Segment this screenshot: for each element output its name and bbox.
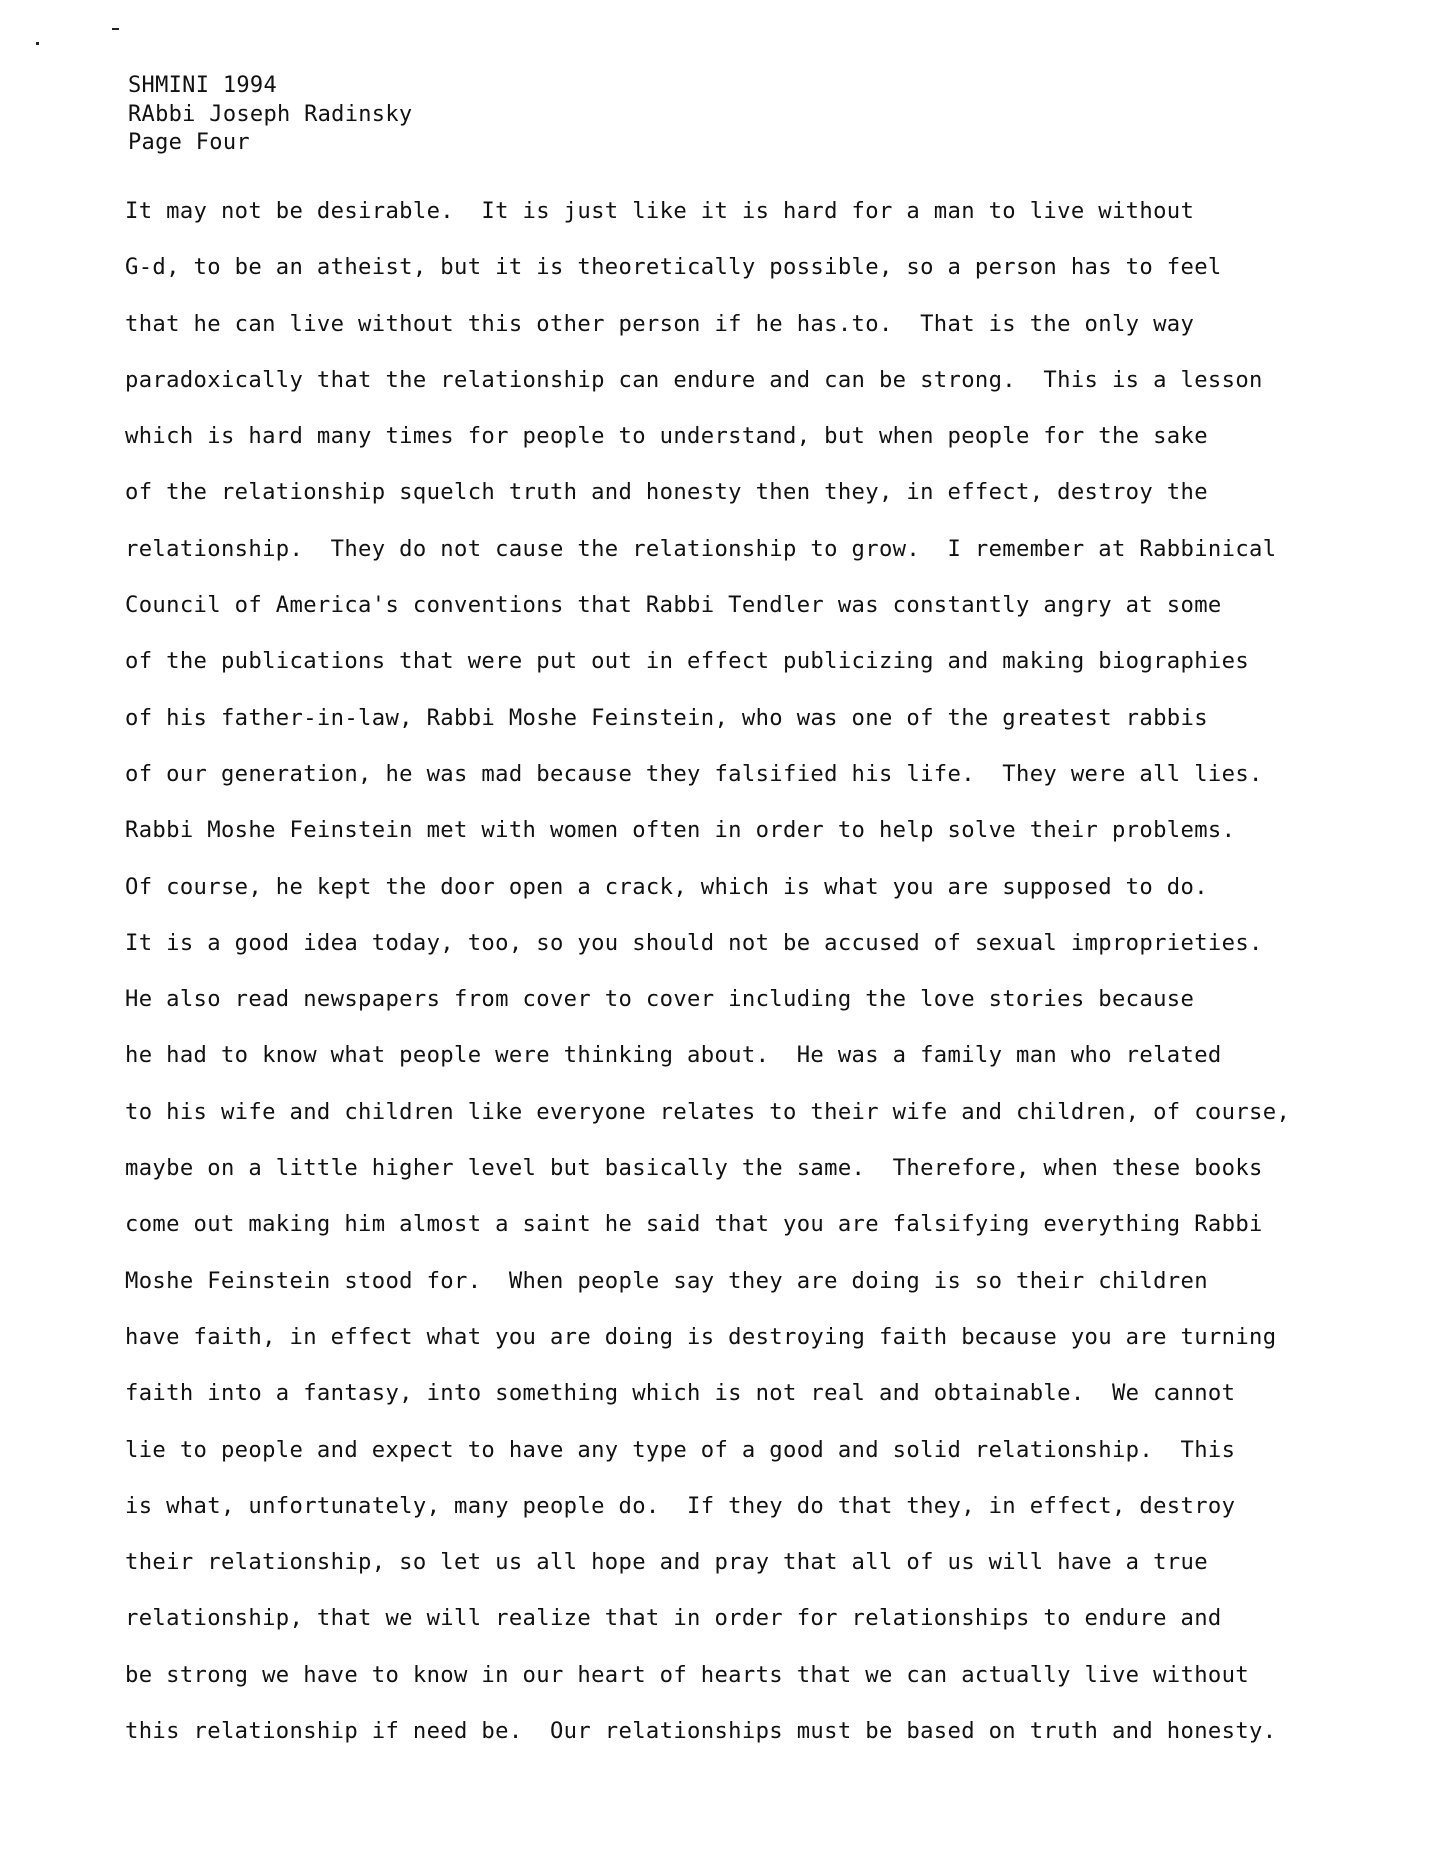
text-line: maybe on a little higher level but basic… bbox=[125, 1140, 1305, 1196]
text-line: he had to know what people were thinking… bbox=[125, 1027, 1305, 1083]
text-line: Council of America's conventions that Ra… bbox=[125, 577, 1305, 633]
text-line: It may not be desirable. It is just like… bbox=[125, 183, 1305, 239]
text-line: be strong we have to know in our heart o… bbox=[125, 1647, 1305, 1703]
text-line: is what, unfortunately, many people do. … bbox=[125, 1478, 1305, 1534]
document-body: It may not be desirable. It is just like… bbox=[125, 183, 1305, 1759]
text-line: of our generation, he was mad because th… bbox=[125, 746, 1305, 802]
document-title: SHMINI 1994 bbox=[128, 72, 412, 101]
text-line: relationship, that we will realize that … bbox=[125, 1590, 1305, 1646]
text-line: of the publications that were put out in… bbox=[125, 633, 1305, 689]
text-line: have faith, in effect what you are doing… bbox=[125, 1309, 1305, 1365]
text-line: It is a good idea today, too, so you sho… bbox=[125, 915, 1305, 971]
text-line: Rabbi Moshe Feinstein met with women oft… bbox=[125, 802, 1305, 858]
text-line: their relationship, so let us all hope a… bbox=[125, 1534, 1305, 1590]
text-line: He also read newspapers from cover to co… bbox=[125, 971, 1305, 1027]
text-line: paradoxically that the relationship can … bbox=[125, 352, 1305, 408]
document-header: SHMINI 1994 RAbbi Joseph Radinsky Page F… bbox=[128, 72, 412, 158]
text-line: of the relationship squelch truth and ho… bbox=[125, 464, 1305, 520]
text-line: faith into a fantasy, into something whi… bbox=[125, 1365, 1305, 1421]
text-line: lie to people and expect to have any typ… bbox=[125, 1422, 1305, 1478]
page-label: Page Four bbox=[128, 129, 412, 158]
text-line: that he can live without this other pers… bbox=[125, 296, 1305, 352]
text-line: come out making him almost a saint he sa… bbox=[125, 1196, 1305, 1252]
text-line: Moshe Feinstein stood for. When people s… bbox=[125, 1253, 1305, 1309]
text-line: Of course, he kept the door open a crack… bbox=[125, 859, 1305, 915]
text-line: of his father-in-law, Rabbi Moshe Feinst… bbox=[125, 690, 1305, 746]
text-line: this relationship if need be. Our relati… bbox=[125, 1703, 1305, 1759]
text-line: relationship. They do not cause the rela… bbox=[125, 521, 1305, 577]
text-line: to his wife and children like everyone r… bbox=[125, 1084, 1305, 1140]
text-line: G-d, to be an atheist, but it is theoret… bbox=[125, 239, 1305, 295]
text-line: which is hard many times for people to u… bbox=[125, 408, 1305, 464]
document-author: RAbbi Joseph Radinsky bbox=[128, 101, 412, 130]
scan-speck-dash bbox=[112, 28, 119, 30]
scan-speck-dot bbox=[36, 42, 39, 45]
